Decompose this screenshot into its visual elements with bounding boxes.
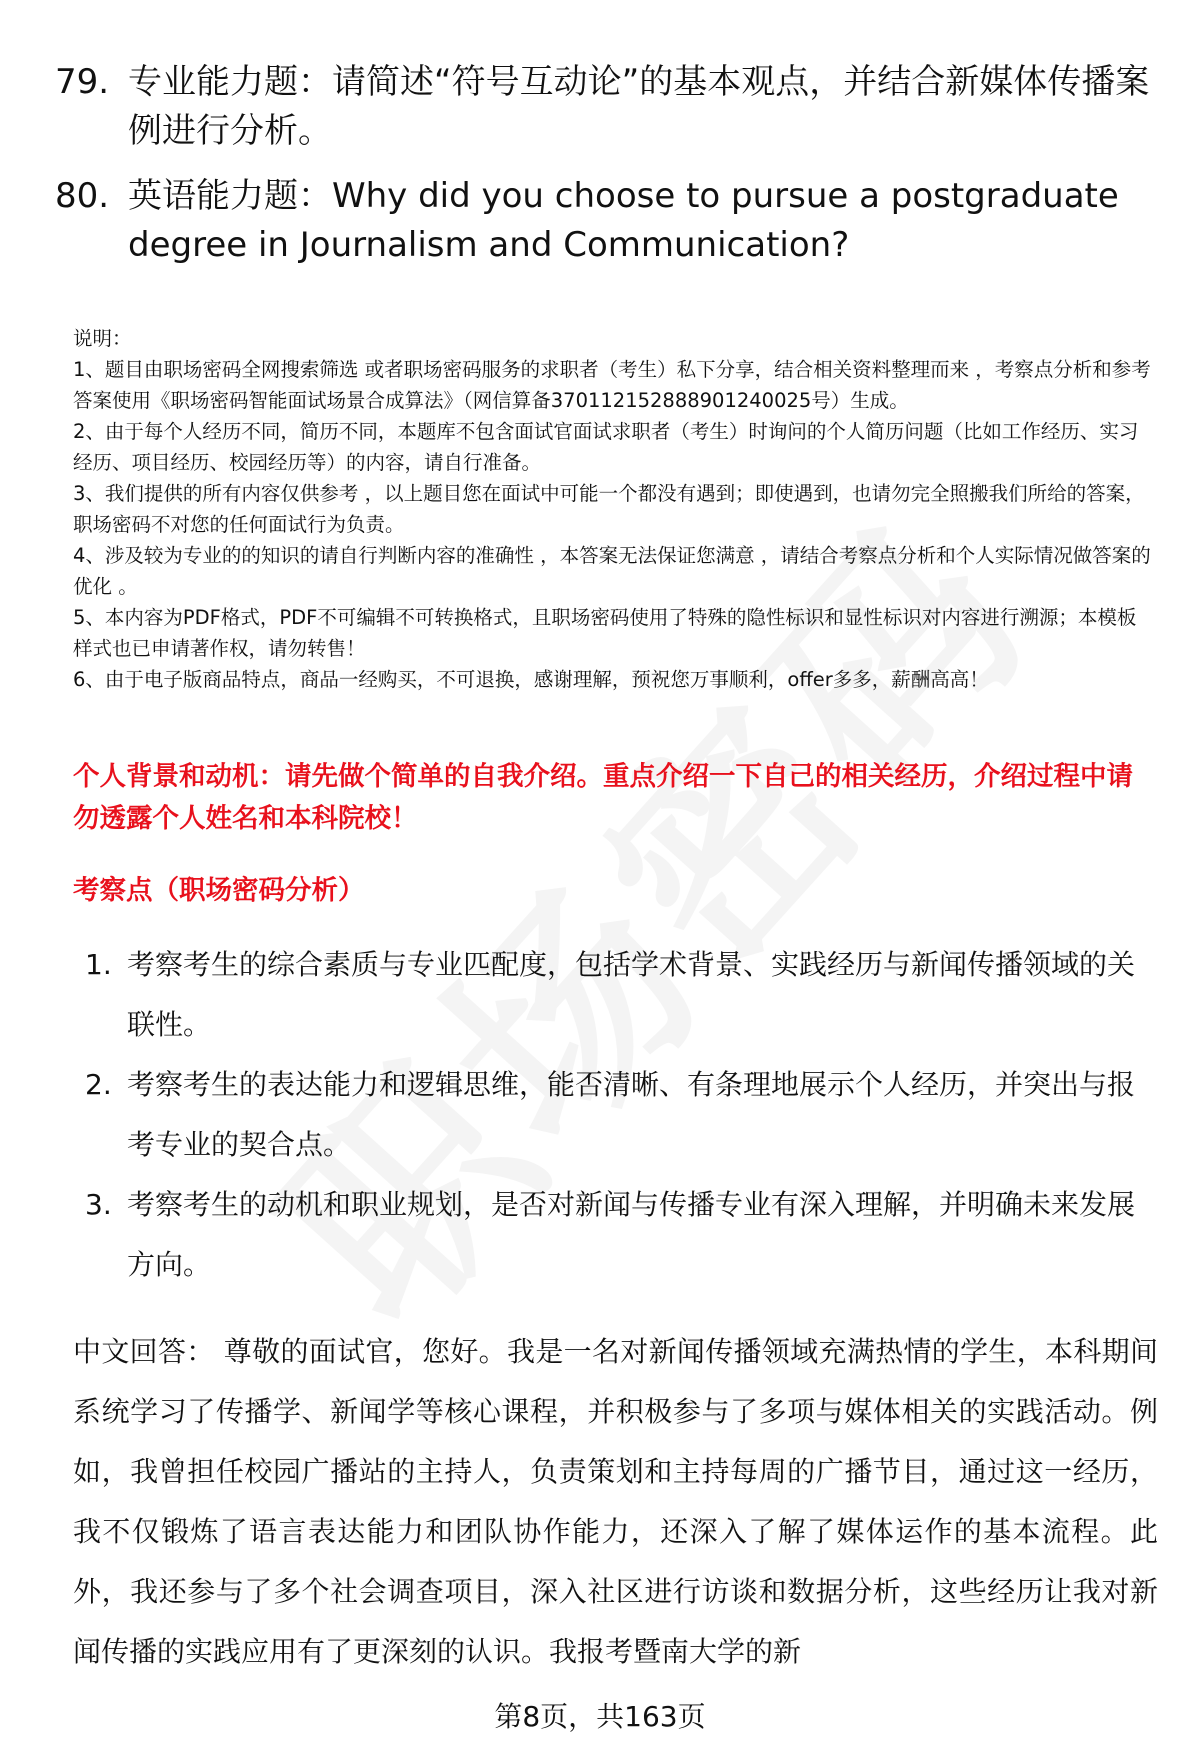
notes-heading: 说明： bbox=[73, 323, 1153, 354]
point-text: 考察考生的综合素质与专业匹配度，包括学术背景、实践经历与新闻传播领域的关联性。 bbox=[127, 935, 1155, 1055]
note-item: 5、本内容为PDF格式，PDF不可编辑不可转换格式，且职场密码使用了特殊的隐性标… bbox=[73, 602, 1153, 664]
question-text: 英语能力题：Why did you choose to pursue a pos… bbox=[128, 172, 1155, 270]
point-number: 1. bbox=[85, 935, 127, 1055]
note-item: 1、题目由职场密码全网搜索筛选 或者职场密码服务的求职者（考生）私下分享，结合相… bbox=[73, 354, 1153, 416]
question-79: 79. 专业能力题：请简述“符号互动论”的基本观点，并结合新媒体传播案例进行分析… bbox=[55, 58, 1155, 156]
note-item: 2、由于每个人经历不同，简历不同，本题库不包含面试官面试求职者（考生）时询问的个… bbox=[73, 416, 1153, 478]
question-number: 80. bbox=[55, 172, 128, 270]
chinese-answer: 中文回答： 尊敬的面试官，您好。我是一名对新闻传播领域充满热情的学生，本科期间系… bbox=[73, 1322, 1158, 1682]
note-item: 4、涉及较为专业的的知识的请自行判断内容的准确性 ，本答案无法保证您满意 ，请结… bbox=[73, 540, 1153, 602]
question-text: 专业能力题：请简述“符号互动论”的基本观点，并结合新媒体传播案例进行分析。 bbox=[128, 58, 1155, 156]
page-number: 第8页，共163页 bbox=[0, 1697, 1200, 1737]
question-80: 80. 英语能力题：Why did you choose to pursue a… bbox=[55, 172, 1155, 270]
analysis-point: 1. 考察考生的综合素质与专业匹配度，包括学术背景、实践经历与新闻传播领域的关联… bbox=[85, 935, 1155, 1055]
point-text: 考察考生的表达能力和逻辑思维，能否清晰、有条理地展示个人经历，并突出与报考专业的… bbox=[127, 1055, 1155, 1175]
note-item: 3、我们提供的所有内容仅供参考 ，以上题目您在面试中可能一个都没有遇到；即使遇到… bbox=[73, 478, 1153, 540]
question-number: 79. bbox=[55, 58, 128, 156]
note-item: 6、由于电子版商品特点，商品一经购买，不可退换，感谢理解，预祝您万事顺利，off… bbox=[73, 664, 1153, 695]
point-number: 3. bbox=[85, 1175, 127, 1295]
analysis-point: 2. 考察考生的表达能力和逻辑思维，能否清晰、有条理地展示个人经历，并突出与报考… bbox=[85, 1055, 1155, 1175]
analysis-points: 1. 考察考生的综合素质与专业匹配度，包括学术背景、实践经历与新闻传播领域的关联… bbox=[85, 935, 1155, 1295]
interview-question-title: 个人背景和动机：请先做个简单的自我介绍。重点介绍一下自己的相关经历，介绍过程中请… bbox=[73, 756, 1153, 840]
analysis-point: 3. 考察考生的动机和职业规划，是否对新闻与传播专业有深入理解，并明确未来发展方… bbox=[85, 1175, 1155, 1295]
notes-block: 说明： 1、题目由职场密码全网搜索筛选 或者职场密码服务的求职者（考生）私下分享… bbox=[73, 323, 1153, 695]
analysis-heading: 考察点（职场密码分析） bbox=[73, 870, 1153, 912]
point-text: 考察考生的动机和职业规划，是否对新闻与传播专业有深入理解，并明确未来发展方向。 bbox=[127, 1175, 1155, 1295]
point-number: 2. bbox=[85, 1055, 127, 1175]
